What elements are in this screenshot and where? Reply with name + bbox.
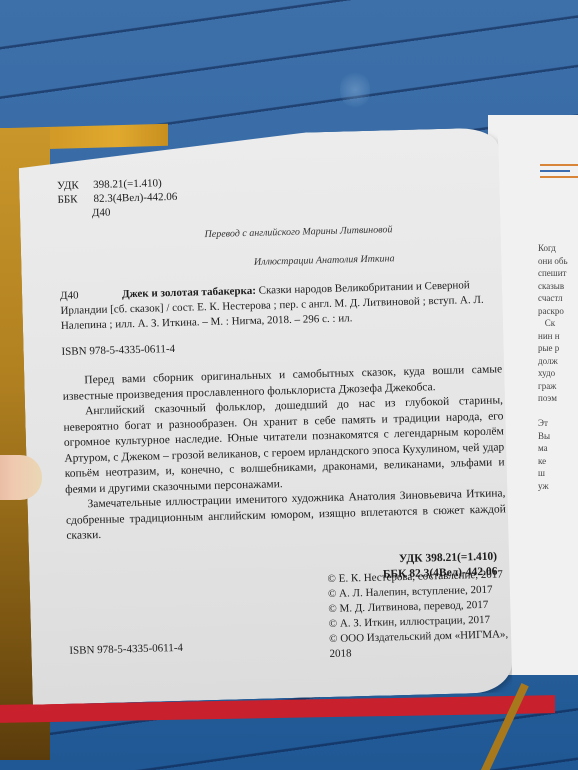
bbk-value: 82.3(4Вел)-442.06 [93, 190, 177, 206]
wood-knot [340, 70, 370, 110]
bibliographic-record: Д40 Джек и золотая табакерка: Сказки нар… [60, 277, 501, 334]
annotation: Перед вами сборник оригинальных и самобы… [62, 362, 506, 544]
translator-credit: Перевод с английского Марины Литвиновой [58, 221, 498, 244]
copyright-line: © ООО Издательский дом «НИГМА», 2018 [329, 627, 510, 662]
bbk-label: ББК [57, 192, 85, 207]
copyright-page: УДК398.21(=1.410) ББК82.3(4Вел)-442.06 Д… [18, 127, 513, 704]
isbn-bottom: ISBN 978-5-4335-0611-4 [69, 642, 183, 657]
classification-header: УДК398.21(=1.410) ББК82.3(4Вел)-442.06 Д… [57, 167, 498, 221]
thumb [0, 455, 42, 500]
copyright-list: © Е. К. Нестерова, составление, 2017 © А… [327, 567, 509, 662]
ornament-icon [540, 160, 578, 180]
bib-details: Сказки народов Великобритании и Северной… [60, 279, 483, 332]
book-title: Джек и золотая табакерка: [122, 285, 256, 301]
bib-code: Д40 [60, 288, 79, 303]
illustrator-credit: Иллюстрации Анатолия Иткина [59, 250, 499, 273]
right-page-text: Когд они обь спешит сказыв счастл раскро… [538, 242, 568, 492]
isbn-top: ISBN 978-5-4335-0611-4 [61, 334, 501, 358]
udk-label: УДК [57, 178, 85, 193]
credits: Перевод с английского Марины Литвиновой … [58, 221, 499, 273]
page-content: УДК398.21(=1.410) ББК82.3(4Вел)-442.06 Д… [57, 167, 508, 590]
annotation-paragraph: Английский сказочный фольклор, дошедший … [63, 393, 505, 497]
